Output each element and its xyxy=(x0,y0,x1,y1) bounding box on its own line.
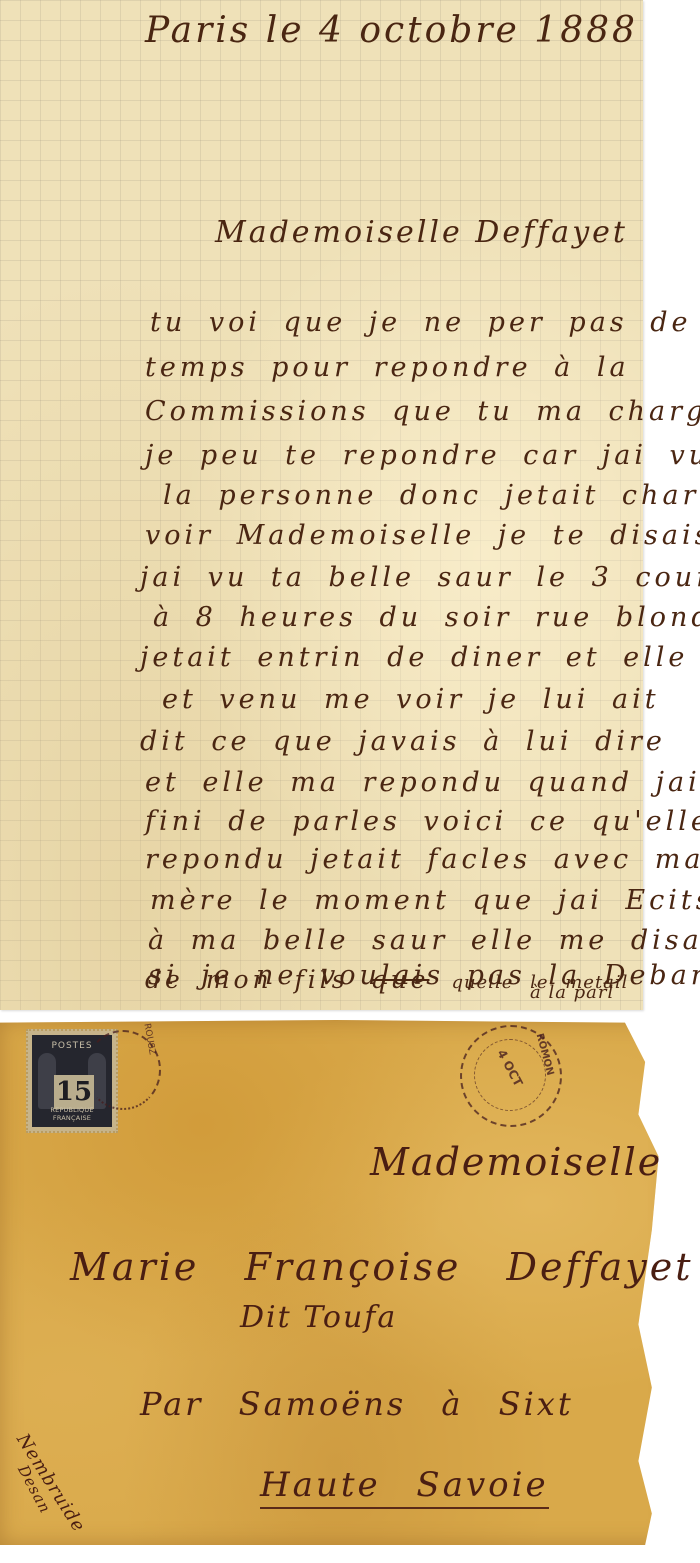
letter-line: et elle ma repondu quand jai ut xyxy=(145,767,700,798)
letter-line: Commissions que tu ma charget xyxy=(145,396,700,427)
envelope-address-alias: Dit Toufa xyxy=(240,1300,397,1335)
postmark-left: ROUSZ xyxy=(85,1030,161,1110)
letter-page: Paris le 4 octobre 1888 Mademoiselle Def… xyxy=(0,0,643,1010)
stamp-bottom-text: REPUBLIQUE FRANÇAISE xyxy=(32,1106,112,1122)
struck-word: que xyxy=(371,965,430,994)
letter-line: et venu me voir je lui ait xyxy=(162,684,660,715)
letter-salutation: Mademoiselle Deffayet xyxy=(215,215,628,250)
letter-date-header: Paris le 4 octobre 1888 xyxy=(145,10,638,51)
letter-line: voir Mademoiselle je te disais que xyxy=(145,520,700,551)
letter-line: dit ce que javais à lui dire xyxy=(140,726,666,757)
letter-line: à 8 heures du soir rue blondel xyxy=(153,602,700,633)
letter-line: tu voi que je ne per pas de xyxy=(150,307,692,338)
envelope-address-region: Haute Savoie xyxy=(260,1465,549,1509)
letter-line: de mon fils xyxy=(145,965,349,994)
margin-note: à la parl xyxy=(530,982,614,1003)
letter-line: repondu jetait facles avec ma xyxy=(145,844,700,875)
letter-line: à ma belle saur elle me disais que xyxy=(148,925,700,956)
envelope-address-title: Mademoiselle xyxy=(370,1140,662,1184)
letter-line: jai vu ta belle saur le 3 courant xyxy=(140,562,700,593)
letter-line: temps pour repondre à la xyxy=(145,352,630,383)
envelope-address-name: Marie Françoise Deffayet xyxy=(70,1245,693,1289)
letter-line: je peu te repondre car jai vu xyxy=(145,440,700,471)
letter-line: fini de parles voici ce qu'elle ma xyxy=(145,806,700,837)
postmark-right: 4 OCT ROMON xyxy=(460,1025,562,1127)
envelope-address-route: Par Samoëns à Sixt xyxy=(140,1385,574,1423)
letter-line: mère le moment que jai Ecits xyxy=(150,885,700,916)
letter-line: la personne donc jetait charges de xyxy=(163,480,700,511)
letter-line: jetait entrin de diner et elle xyxy=(140,642,688,673)
